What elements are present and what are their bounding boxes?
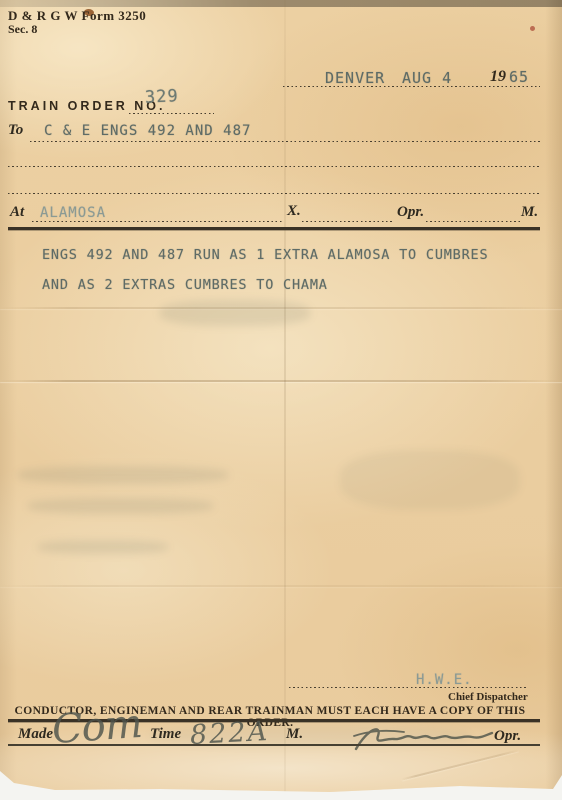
made-label: Made bbox=[18, 726, 53, 743]
opr-line-rule bbox=[426, 220, 520, 222]
opr-label: Opr. bbox=[397, 204, 424, 221]
form-section: Sec. 8 bbox=[8, 22, 37, 37]
train-order-label: TRAIN ORDER NO. bbox=[8, 99, 166, 113]
year-value: 65 bbox=[509, 68, 529, 86]
scan-top-shadow bbox=[0, 0, 562, 7]
at-station-value: ALAMOSA bbox=[40, 205, 106, 221]
bleedthrough-smudge bbox=[18, 466, 228, 484]
blank-line-rule bbox=[8, 165, 540, 167]
dispatcher-line-rule bbox=[289, 686, 526, 688]
m-label-footer: M. bbox=[286, 726, 303, 743]
fold-crease bbox=[284, 0, 286, 792]
to-label: To bbox=[8, 122, 23, 139]
bleedthrough-smudge bbox=[28, 498, 213, 514]
dispatcher-title-label: Chief Dispatcher bbox=[448, 691, 528, 703]
fold-crease bbox=[0, 585, 562, 587]
bleedthrough-smudge bbox=[160, 300, 310, 326]
order-body-line1: ENGS 492 AND 487 RUN AS 1 EXTRA ALAMOSA … bbox=[42, 247, 488, 263]
to-line-rule bbox=[30, 140, 540, 142]
date-place-value: DENVER bbox=[325, 69, 385, 87]
scanned-train-order-page: { "doc": { "header": { "form_number": "D… bbox=[0, 0, 562, 800]
order-body-line2: AND AS 2 EXTRAS CUMBRES TO CHAMA bbox=[42, 277, 328, 293]
x-line-rule bbox=[302, 220, 394, 222]
time-label: Time bbox=[150, 726, 181, 743]
year-prefix-label: 19 bbox=[490, 68, 506, 86]
operator-signature bbox=[352, 722, 494, 756]
paper-stain bbox=[530, 26, 535, 31]
blank-line-rule bbox=[8, 192, 540, 194]
dispatcher-initials: H.W.E. bbox=[416, 672, 473, 688]
footer-baseline-rule bbox=[8, 744, 540, 746]
train-order-value: 329 bbox=[144, 86, 179, 108]
train-order-rule bbox=[129, 112, 214, 114]
order-separator-rule bbox=[8, 227, 540, 230]
to-value: C & E ENGS 492 AND 487 bbox=[44, 123, 251, 139]
bleedthrough-smudge bbox=[38, 540, 168, 554]
x-label: X. bbox=[287, 203, 301, 220]
date-monthday-value: AUG 4 bbox=[402, 69, 452, 87]
form-paper: D & R G W Form 3250 Sec. 8 DENVER AUG 4 … bbox=[0, 0, 562, 792]
m-label: M. bbox=[521, 204, 538, 221]
at-label: At bbox=[10, 204, 24, 221]
bleedthrough-smudge bbox=[340, 450, 520, 510]
fold-crease bbox=[0, 380, 562, 382]
opr-label-footer: Opr. bbox=[494, 728, 521, 745]
